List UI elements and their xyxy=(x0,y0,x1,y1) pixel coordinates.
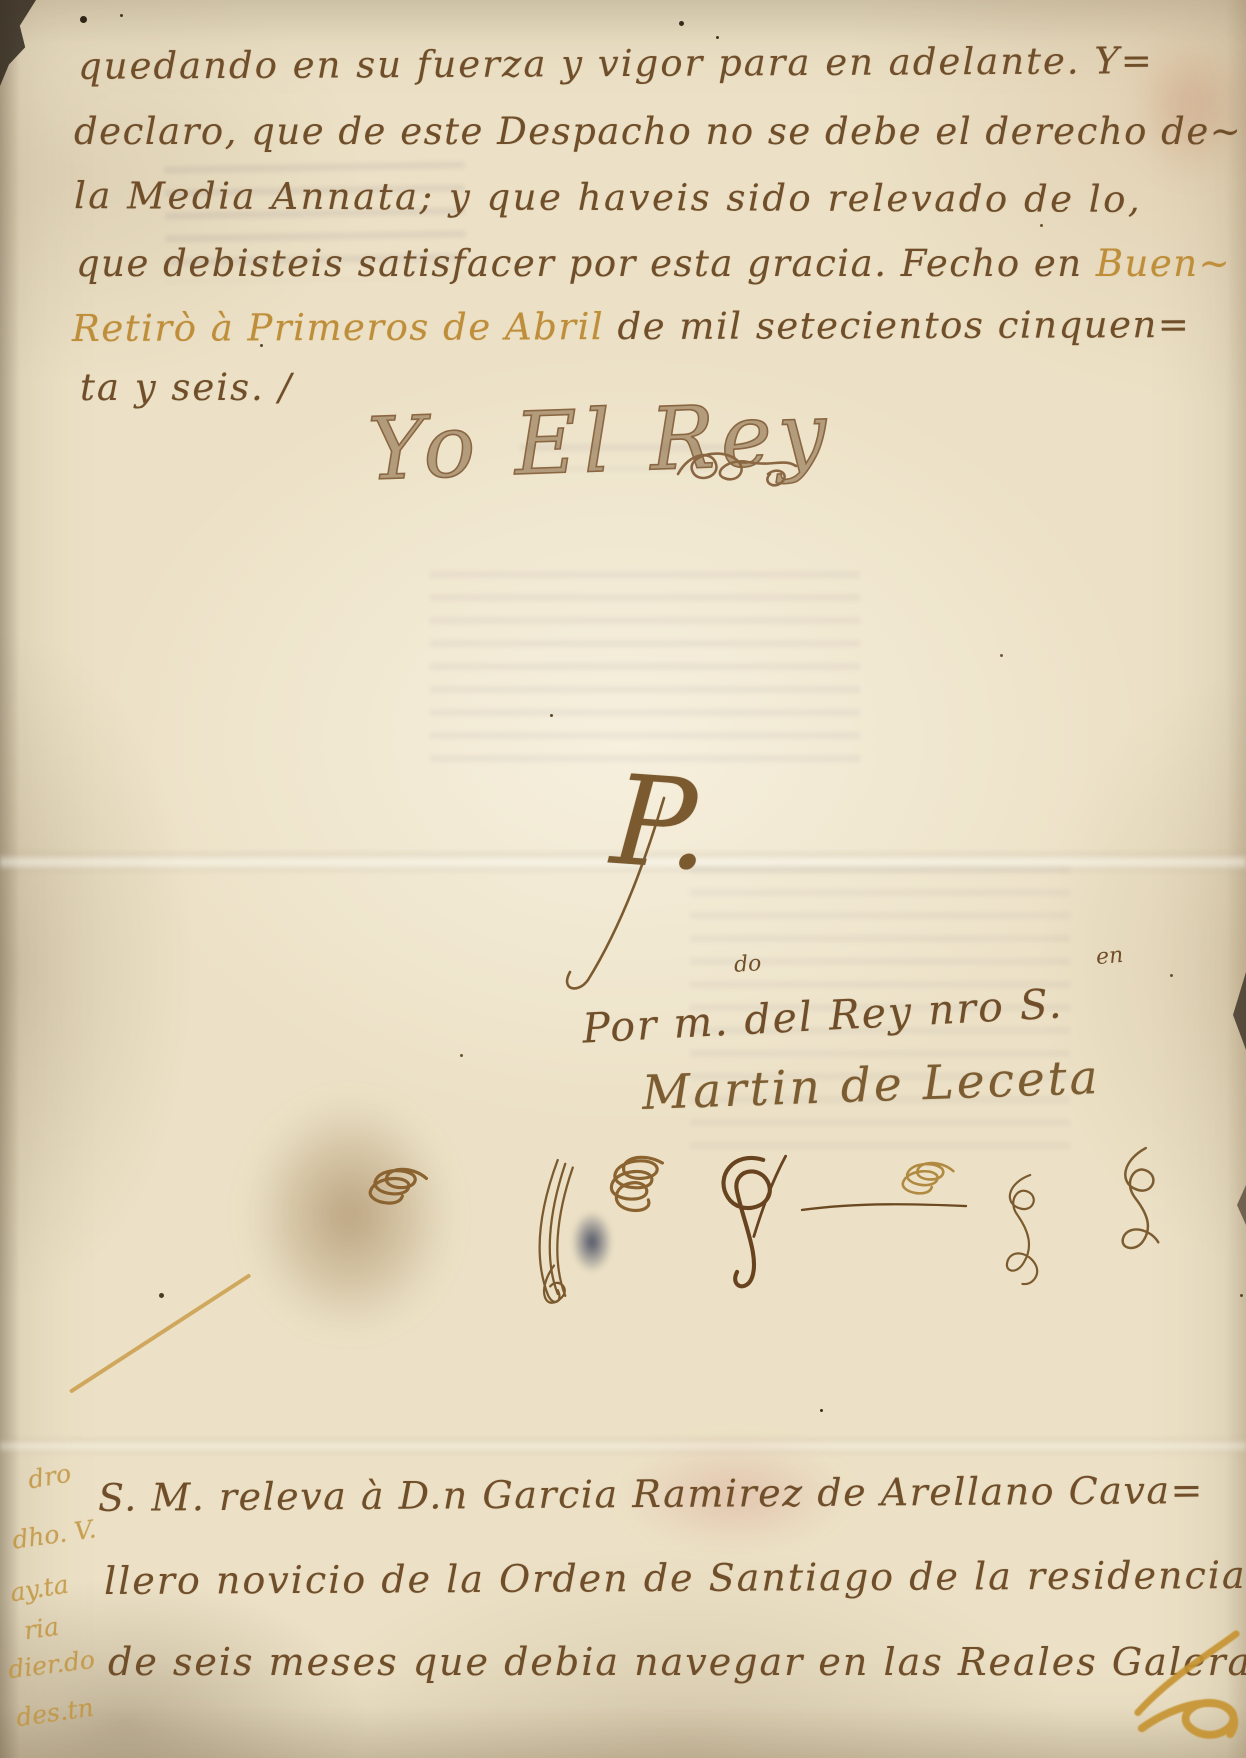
fold-crease-lower xyxy=(0,1438,1246,1454)
body-line-4: que debisteis satisfacer por esta gracia… xyxy=(76,242,1231,285)
margin-note-6: des.tn xyxy=(14,1693,95,1733)
rubric-flourish-4-knot xyxy=(696,1144,808,1299)
body-line-3: la Media Annata; y que haveis sido relev… xyxy=(74,174,1142,221)
countersign-superscript-do: do xyxy=(733,951,762,978)
rubric-flourish-2-whisk xyxy=(520,1152,586,1317)
docket-line-2: llero novicio de la Orden de Santiago de… xyxy=(104,1553,1246,1603)
rubric-flourish-3 xyxy=(592,1148,680,1236)
royal-signature-flourish xyxy=(672,440,802,496)
countersign-superscript-en: en xyxy=(1095,943,1124,970)
body-line-1: quedando en su fuerza y vigor para en ad… xyxy=(78,39,1154,88)
torn-edge-right-notch-2 xyxy=(1237,1185,1246,1225)
margin-note-1: dro xyxy=(26,1458,73,1494)
body-line-5-dark: de mil setecientos cinquen= xyxy=(617,303,1190,348)
body-line-2: declaro, que de este Despacho no se debe… xyxy=(74,110,1242,153)
body-line-4-light: Buen~ xyxy=(1096,242,1231,285)
manuscript-page: quedando en su fuerza y vigor para en ad… xyxy=(0,0,1246,1758)
margin-note-2: dho. V. xyxy=(10,1514,97,1554)
rubric-flourish-5 xyxy=(890,1158,962,1216)
margin-note-3: ay.ta xyxy=(8,1570,70,1608)
body-line-6: ta y seis. / xyxy=(80,366,293,409)
corner-flourish-bottom-right xyxy=(1128,1618,1246,1756)
ink-specks xyxy=(120,14,123,17)
bleedthrough-text-center xyxy=(430,555,860,765)
docket-initial-stroke xyxy=(69,1273,251,1393)
margin-note-4: ria xyxy=(22,1612,61,1646)
torn-edge-right-notch xyxy=(1233,972,1246,1050)
rubric-flourish-1 xyxy=(350,1164,442,1228)
body-line-4-dark: que debisteis satisfacer por esta gracia… xyxy=(76,242,1096,285)
margin-note-5: dier.do xyxy=(7,1645,97,1684)
body-line-5-light: Retirò à Primeros de Abril xyxy=(72,305,618,350)
torn-corner-top-left xyxy=(0,0,36,86)
docket-line-3: de seis meses que debia navegar en las R… xyxy=(108,1640,1246,1684)
docket-line-1: S. M. releva à D.n Garcia Ramirez de Are… xyxy=(98,1468,1204,1520)
secretary-rubric-flourish xyxy=(1096,1138,1176,1263)
body-line-5: Retirò à Primeros de Abril de mil seteci… xyxy=(72,303,1190,350)
secretary-signature: Martin de Leceta xyxy=(641,1050,1101,1121)
countersign-initial-tail xyxy=(552,792,692,1012)
rubric-flourish-6 xyxy=(982,1152,1052,1310)
